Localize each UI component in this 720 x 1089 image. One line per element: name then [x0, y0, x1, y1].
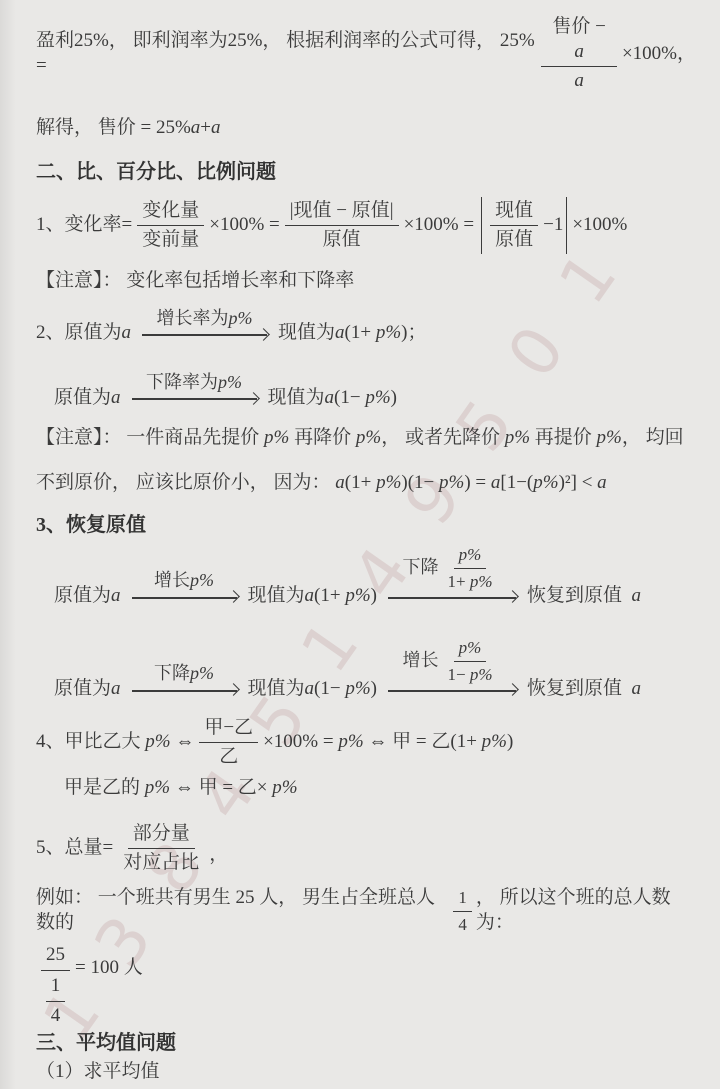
fraction: |现值 − 原值| 原值: [285, 198, 399, 253]
text-segment: 现值为: [248, 678, 305, 699]
math-variable: p%: [365, 387, 390, 408]
text-segment: 增长: [402, 650, 438, 670]
fraction-numerator: 部分量: [128, 821, 195, 850]
text-segment: 解得， 售价 = 25%: [36, 117, 191, 138]
text-segment: 恢复到原值: [527, 585, 632, 606]
text-segment: ， 或者先降价: [381, 427, 505, 448]
text-segment: 原值: [323, 229, 361, 250]
fraction: p% 1+ p%: [442, 543, 497, 593]
arrow-shaft-icon: [388, 597, 516, 599]
math-variable: p%: [470, 665, 493, 684]
math-variable: a: [335, 472, 345, 493]
text-segment: ): [507, 731, 513, 752]
math-variable: p%: [264, 427, 289, 448]
math-variable: p%: [145, 731, 170, 752]
math-variable: a: [111, 585, 121, 606]
math-variable: p%: [190, 662, 214, 685]
text: 恢复到原值 a: [527, 677, 641, 703]
text: ， 所以这个班的总人数为：: [476, 886, 696, 935]
text-segment: 现值为: [248, 585, 305, 606]
text-segment: +: [200, 117, 211, 138]
math-variable: a: [191, 117, 201, 138]
text-segment: 盈利25%， 即利润率为25%， 根据利润率的公式可得， 25% =: [36, 30, 539, 76]
fraction-numerator: |现值 − 原值|: [285, 198, 399, 227]
text-segment: (1+: [345, 322, 376, 343]
fraction-numerator: 1: [453, 886, 472, 912]
diagram-restore-after-decline: 原值为a 下降 p% 现值为a(1− p%) 增长 p% 1− p% 恢复到原值…: [36, 636, 696, 703]
fraction-numerator: 1: [46, 973, 66, 1002]
text-segment: 【注意】： 一件商品先提价: [36, 427, 264, 448]
diagram-restore-after-growth: 原值为a 增长 p% 现值为a(1+ p%) 下降 p% 1+ p% 恢复到原值…: [36, 543, 696, 610]
math-variable: a: [122, 322, 132, 343]
text-segment: 现值为: [268, 387, 325, 408]
right-arrow: 下降 p% 1+ p%: [388, 543, 516, 610]
heading-text: 3、恢复原值: [36, 514, 146, 536]
arrow-label: 下降率为 p%: [146, 371, 242, 394]
math-variable: p%: [145, 777, 170, 798]
text-segment: ×100%: [572, 214, 627, 235]
text-segment: 1−: [447, 665, 469, 684]
text-segment: ): [371, 585, 377, 606]
text: 原值为a: [54, 584, 121, 610]
text: ×100% =: [404, 213, 475, 238]
text-segment: 1: [51, 975, 61, 996]
fraction-numerator: 甲−乙: [199, 715, 258, 744]
math-variable: a: [111, 678, 121, 699]
fraction: 售价 − a a: [541, 14, 617, 94]
math-variable: p%: [533, 472, 558, 493]
text: 例如： 一个班共有男生 25 人， 男生占全班总人数的: [36, 886, 449, 935]
arrow-label: 增长 p% 1− p%: [402, 636, 501, 686]
fraction-denominator: 1 4: [46, 971, 66, 1028]
right-arrow: 下降率为 p%: [132, 371, 257, 411]
text: 下降: [402, 556, 438, 579]
text-segment: 3、恢复原值: [36, 514, 146, 536]
text-segment: ) =: [464, 472, 491, 493]
math-variable: p%: [376, 472, 401, 493]
text: 甲是乙的 p% ⇔ 甲 = 乙× p%: [64, 776, 298, 801]
text: 1、变化率=: [36, 213, 132, 238]
text-segment: 5、总量=: [36, 837, 113, 858]
arrow-label: 增长 p%: [154, 569, 214, 592]
fraction-numerator: p%: [454, 636, 487, 662]
text-segment: 原值为: [54, 678, 111, 699]
fraction-denominator: 对应占比: [118, 849, 204, 876]
text-segment: ，: [209, 844, 228, 865]
text: 盈利25%， 即利润率为25%， 根据利润率的公式可得， 25% =: [36, 29, 536, 78]
right-arrow: 增长 p% 1− p%: [388, 636, 516, 703]
right-arrow: 增长率为 p%: [142, 307, 267, 347]
fraction-denominator: 乙: [214, 743, 243, 770]
text: 现值为a(1− p%): [268, 386, 397, 412]
text-segment: 恢复到原值: [527, 678, 632, 699]
text: ×100% =: [209, 213, 280, 238]
text-segment: 4: [458, 915, 467, 934]
math-variable: a: [305, 585, 315, 606]
right-arrow: 增长 p%: [132, 569, 237, 609]
line-solve-result: 解得， 售价 = 25%a+a: [36, 116, 696, 141]
note-price-change-line2: 不到原价， 应该比原价小， 因为： a(1+ p%)(1− p%) = a[1−…: [36, 471, 696, 496]
math-variable: a: [597, 472, 607, 493]
math-variable: p%: [356, 427, 381, 448]
text-segment: (1+: [314, 585, 345, 606]
text-segment: 例如： 一个班共有男生 25 人， 男生占全班总人数的: [36, 887, 435, 933]
math-variable: a: [211, 117, 221, 138]
fraction-denominator: 1− p%: [442, 662, 497, 686]
line-example-class: 例如： 一个班共有男生 25 人， 男生占全班总人数的 1 4 ， 所以这个班的…: [36, 886, 696, 936]
subsection-find-average: （1）求平均值: [36, 1060, 696, 1085]
fraction: 1 4: [453, 886, 472, 936]
arrow-label: 增长率为 p%: [157, 307, 253, 330]
text-segment: 现值: [495, 200, 533, 221]
text: （1）求平均值: [36, 1060, 160, 1085]
arrow-label: 下降 p%: [154, 662, 214, 685]
math-variable: p%: [505, 427, 530, 448]
text-segment: 2、原值为: [36, 322, 122, 343]
text-segment: 现值为: [278, 322, 335, 343]
arrow-shaft-icon: [132, 597, 237, 599]
text-segment: 1: [458, 888, 467, 907]
math-variable: p%: [459, 545, 482, 564]
heading-text: 三、平均值问题: [36, 1032, 176, 1054]
line-example-result: 25 1 4 = 100 人: [36, 942, 696, 1028]
text-segment: (1−: [334, 387, 365, 408]
text-segment: 【注意】： 变化率包括增长率和下降率: [36, 270, 354, 291]
math-variable: p%: [345, 678, 370, 699]
text-segment: 再提价: [530, 427, 597, 448]
text-segment: ×100%，: [622, 43, 696, 64]
line-total-formula: 5、总量= 部分量 对应占比 ，: [36, 821, 696, 876]
fraction-denominator: 1+ p%: [442, 569, 497, 593]
text-segment: ⇔: [171, 731, 195, 752]
text-segment: 甲是乙的: [64, 777, 145, 798]
right-arrow: 下降 p%: [132, 662, 237, 702]
math-variable: a: [111, 387, 121, 408]
text-segment: )；: [401, 322, 426, 343]
math-variable: p%: [459, 638, 482, 657]
arrow-shaft-icon: [142, 334, 267, 336]
text-segment: )²] <: [559, 472, 598, 493]
arrow-shaft-icon: [388, 690, 516, 692]
text: 现值为a(1+ p%): [248, 584, 377, 610]
document-page: 13845149501 盈利25%， 即利润率为25%， 根据利润率的公式可得，…: [0, 0, 720, 1089]
text-segment: 对应占比: [123, 852, 199, 873]
section-heading-restore: 3、恢复原值: [36, 512, 696, 538]
text-segment: 下降: [154, 662, 190, 685]
text: 不到原价， 应该比原价小， 因为： a(1+ p%)(1− p%) = a[1−…: [36, 471, 607, 496]
text-segment: ⇔ 甲 = 乙(1+: [364, 731, 482, 752]
text-segment: [1−(: [500, 472, 533, 493]
text: 【注意】： 一件商品先提价 p% 再降价 p%， 或者先降价 p% 再提价 p%…: [36, 426, 684, 451]
text-segment: 4、甲比乙大: [36, 731, 145, 752]
text-segment: 原值: [495, 229, 533, 250]
math-variable: a: [574, 70, 584, 91]
text-segment: 下降: [402, 557, 438, 577]
text-segment: (1−: [314, 678, 345, 699]
text: 现值为a(1+ p%)；: [278, 321, 426, 347]
text: ×100%: [572, 213, 627, 238]
text-segment: 25: [46, 944, 65, 965]
text: = 100 人: [75, 956, 143, 981]
text-segment: (1+: [345, 472, 376, 493]
text-segment: 二、比、百分比、比例问题: [36, 161, 276, 183]
arrow-shaft-icon: [132, 690, 237, 692]
text-segment: 下降率为: [146, 371, 218, 394]
text-segment: ): [391, 387, 397, 408]
fraction-denominator: 原值: [490, 226, 538, 253]
text-segment: 部分量: [133, 823, 190, 844]
text-segment: 原值为: [54, 585, 111, 606]
math-variable: p%: [345, 585, 370, 606]
math-variable: a: [574, 41, 584, 62]
math-variable: p%: [272, 777, 297, 798]
text-segment: )(1−: [401, 472, 439, 493]
text-segment: 原值为: [54, 387, 111, 408]
text-segment: 甲−乙: [204, 717, 253, 738]
section-heading-average: 三、平均值问题: [36, 1030, 696, 1056]
text: 恢复到原值 a: [527, 584, 641, 610]
fraction-numerator: p%: [454, 543, 487, 569]
line-jia-yi-comparison: 4、甲比乙大 p% ⇔ 甲−乙 乙 ×100% = p% ⇔ 甲 = 乙(1+ …: [36, 715, 696, 770]
math-variable: a: [491, 472, 501, 493]
math-variable: p%: [376, 322, 401, 343]
text-segment: |现值 − 原值|: [290, 200, 394, 221]
text-segment: = 100 人: [75, 957, 143, 978]
math-variable: a: [335, 322, 345, 343]
heading-text: 二、比、百分比、比例问题: [36, 161, 276, 183]
arrow-shaft-icon: [132, 398, 257, 400]
math-variable: p%: [597, 427, 622, 448]
text: 2、原值为a: [36, 321, 131, 347]
math-variable: p%: [218, 371, 242, 394]
fraction-numerator: 25: [41, 942, 70, 971]
text: 原值为a: [54, 386, 121, 412]
math-variable: p%: [229, 307, 253, 330]
fraction: 1 4: [46, 973, 66, 1028]
math-variable: a: [305, 678, 315, 699]
fraction: 现值 原值: [490, 198, 538, 253]
text: 4、甲比乙大 p% ⇔: [36, 730, 194, 755]
text-segment: 1、变化率=: [36, 214, 132, 235]
line-profit-formula: 盈利25%， 即利润率为25%， 根据利润率的公式可得， 25% = 售价 − …: [36, 14, 696, 94]
text-segment: ): [371, 678, 377, 699]
text-segment: 1+: [447, 572, 469, 591]
text-segment: 变前量: [142, 229, 199, 250]
math-variable: a: [632, 585, 642, 606]
text: 5、总量=: [36, 836, 113, 861]
text: 【注意】： 变化率包括增长率和下降率: [36, 269, 354, 294]
text-segment: ×100% =: [404, 214, 475, 235]
fraction-denominator: 变前量: [137, 226, 204, 253]
text-segment: ， 所以这个班的总人数为：: [476, 887, 671, 933]
complex-fraction: 25 1 4: [41, 942, 70, 1028]
text-segment: （1）求平均值: [36, 1061, 160, 1082]
text-segment: 增长: [154, 569, 190, 592]
text: 原值为a: [54, 677, 121, 703]
text-segment: 乙: [219, 746, 238, 767]
text: 增长: [402, 649, 438, 672]
text: ×100%，: [622, 42, 696, 67]
text: 解得， 售价 = 25%a+a: [36, 116, 221, 141]
math-variable: a: [325, 387, 335, 408]
line-change-rate-formula: 1、变化率= 变化量 变前量 ×100% = |现值 − 原值| 原值 ×100…: [36, 197, 696, 254]
text-segment: ×100% =: [263, 731, 338, 752]
text-segment: ， 均回: [622, 427, 684, 448]
fraction-numerator: 现值: [490, 198, 538, 227]
fraction-numerator: 售价 − a: [541, 14, 617, 67]
fraction-denominator: 4: [46, 1002, 66, 1029]
absolute-value-group: 现值 原值 −1: [481, 197, 567, 254]
text-segment: 再降价: [289, 427, 356, 448]
text-segment: 三、平均值问题: [36, 1032, 176, 1054]
text: ×100% = p% ⇔ 甲 = 乙(1+ p%): [263, 730, 513, 755]
text-segment: 增长率为: [157, 307, 229, 330]
text: ，: [209, 843, 228, 868]
fraction-numerator: 变化量: [137, 198, 204, 227]
line-growth-arrow: 2、原值为a 增长率为 p% 现值为a(1+ p%)；: [36, 307, 696, 347]
math-variable: p%: [190, 569, 214, 592]
fraction-denominator: a: [569, 67, 589, 94]
math-variable: p%: [470, 572, 493, 591]
text: 现值为a(1− p%): [248, 677, 377, 703]
fraction: 变化量 变前量: [137, 198, 204, 253]
line-decline-arrow: 原值为a 下降率为 p% 现值为a(1− p%): [36, 371, 696, 411]
text-segment: −1: [543, 214, 563, 235]
text: −1: [543, 213, 563, 238]
note-change-rate: 【注意】： 变化率包括增长率和下降率: [36, 269, 696, 294]
fraction: p% 1− p%: [442, 636, 497, 686]
fraction: 部分量 对应占比: [118, 821, 204, 876]
line-jia-yi-percent: 甲是乙的 p% ⇔ 甲 = 乙× p%: [36, 776, 696, 801]
text-segment: 4: [51, 1005, 61, 1026]
fraction-denominator: 4: [453, 912, 472, 936]
text-segment: ⇔ 甲 = 乙×: [170, 777, 272, 798]
math-variable: p%: [338, 731, 363, 752]
math-variable: p%: [482, 731, 507, 752]
text-segment: ×100% =: [209, 214, 280, 235]
fraction-denominator: 原值: [318, 226, 366, 253]
text-segment: 售价 −: [552, 16, 605, 37]
math-variable: a: [632, 678, 642, 699]
text-segment: 变化量: [142, 200, 199, 221]
arrow-label: 下降 p% 1+ p%: [402, 543, 501, 593]
fraction: 甲−乙 乙: [199, 715, 258, 770]
note-price-change-line1: 【注意】： 一件商品先提价 p% 再降价 p%， 或者先降价 p% 再提价 p%…: [36, 426, 696, 451]
section-heading-ratio: 二、比、百分比、比例问题: [36, 159, 696, 185]
math-variable: p%: [439, 472, 464, 493]
text-segment: 不到原价， 应该比原价小， 因为：: [36, 472, 335, 493]
